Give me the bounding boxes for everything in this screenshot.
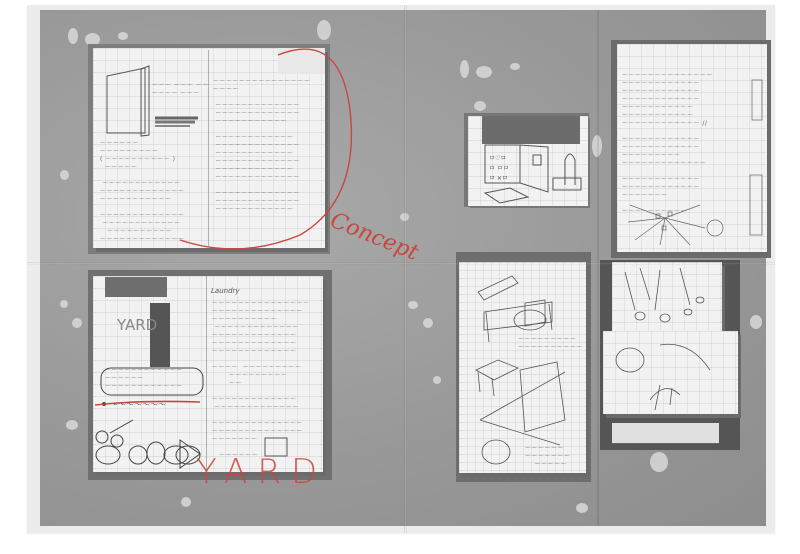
- yard-annotation: YARD: [196, 452, 327, 492]
- red-circle-annotation-icon: [0, 0, 800, 554]
